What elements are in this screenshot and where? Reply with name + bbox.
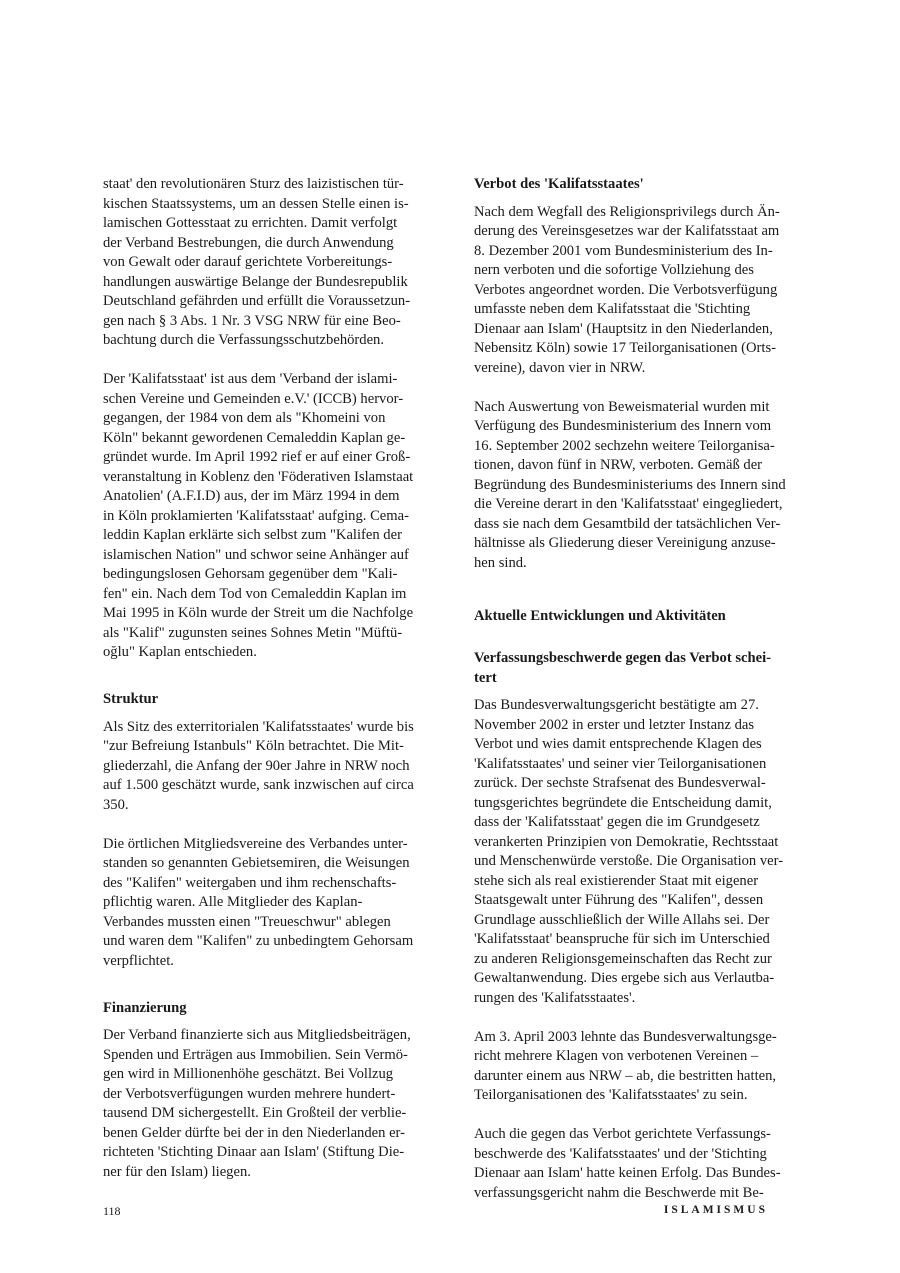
text-line: richteten 'Stichting Dinaar aan Islam' (… <box>103 1143 433 1163</box>
text-line: und waren dem "Kalifen" zu unbedingtem G… <box>103 932 433 952</box>
paragraph-staat-intro: staat' den revolutionären Sturz des laiz… <box>103 175 433 351</box>
text-line: hen sind. <box>474 554 804 574</box>
text-line: gegangen, der 1984 von dem als "Khomeini… <box>103 409 433 429</box>
text-line: Nach dem Wegfall des Religionsprivilegs … <box>474 203 804 223</box>
text-line: die Vereine derart in den 'Kalifatsstaat… <box>474 495 804 515</box>
paragraph-finanzierung: Der Verband finanzierte sich aus Mitglie… <box>103 1026 433 1182</box>
paragraph-beweismaterial: Nach Auswertung von Beweismaterial wurde… <box>474 398 804 574</box>
text-line: darunter einem aus NRW – ab, die bestrit… <box>474 1067 804 1087</box>
text-line: November 2002 in erster und letzter Inst… <box>474 716 804 736</box>
text-line: Dienaar aan Islam' (Hauptsitz in den Nie… <box>474 320 804 340</box>
paragraph-verbot: Nach dem Wegfall des Religionsprivilegs … <box>474 203 804 379</box>
text-line: stehe sich als real existierender Staat … <box>474 872 804 892</box>
text-line: bedingungslosen Gehorsam gegenüber dem "… <box>103 565 433 585</box>
text-line: zurück. Der sechste Strafsenat des Bunde… <box>474 774 804 794</box>
text-line: oğlu" Kaplan entschieden. <box>103 643 433 663</box>
text-line: gen wird in Millionenhöhe geschätzt. Bei… <box>103 1065 433 1085</box>
text-line: hältnisse als Gliederung dieser Vereinig… <box>474 534 804 554</box>
text-line: als "Kalif" zugunsten seines Sohnes Meti… <box>103 624 433 644</box>
text-line: Spenden und Erträgen aus Immobilien. Sei… <box>103 1046 433 1066</box>
text-line: leddin Kaplan erklärte sich selbst zum "… <box>103 526 433 546</box>
text-line: Nebensitz Köln) sowie 17 Teilorganisatio… <box>474 339 804 359</box>
paragraph-verfassungsbeschwerde: Auch die gegen das Verbot gerichtete Ver… <box>474 1125 804 1203</box>
text-line: Köln" bekannt gewordenen Cemaleddin Kapl… <box>103 429 433 449</box>
text-line: verankerten Prinzipien von Demokratie, R… <box>474 833 804 853</box>
paragraph-history: Der 'Kalifatsstaat' ist aus dem 'Verband… <box>103 370 433 663</box>
text-line: Verfügung des Bundesministerium des Inne… <box>474 417 804 437</box>
text-line: gründet wurde. Im April 1992 rief er auf… <box>103 448 433 468</box>
text-line: Mai 1995 in Köln wurde der Streit um die… <box>103 604 433 624</box>
text-line: zu anderen Religionsgemeinschaften das R… <box>474 950 804 970</box>
text-line: nern verboten und die sofortige Vollzieh… <box>474 261 804 281</box>
text-line: Der Verband finanzierte sich aus Mitglie… <box>103 1026 433 1046</box>
text-line: fen" ein. Nach dem Tod von Cemaleddin Ka… <box>103 585 433 605</box>
text-line: beschwerde des 'Kalifatsstaates' und der… <box>474 1145 804 1165</box>
text-line: Verbandes mussten einen "Treueschwur" ab… <box>103 913 433 933</box>
text-line: benen Gelder dürfte bei der in den Niede… <box>103 1124 433 1144</box>
text-line: Dienaar aan Islam' hatte keinen Erfolg. … <box>474 1164 804 1184</box>
text-line: pflichtig waren. Alle Mitglieder des Kap… <box>103 893 433 913</box>
text-line: kischen Staatssystems, um an dessen Stel… <box>103 195 433 215</box>
text-line: Nach Auswertung von Beweismaterial wurde… <box>474 398 804 418</box>
text-line: 'Kalifatsstaates' und seiner vier Teilor… <box>474 755 804 775</box>
text-line: tionen, davon fünf in NRW, verboten. Gem… <box>474 456 804 476</box>
paragraph-bundesverwaltungsgericht: Das Bundesverwaltungsgericht bestätigte … <box>474 696 804 1008</box>
text-line: "zur Befreiung Istanbuls" Köln betrachte… <box>103 737 433 757</box>
text-line: Verbot und wies damit entsprechende Klag… <box>474 735 804 755</box>
text-line: umfasste neben dem Kalifatsstaat die 'St… <box>474 300 804 320</box>
text-line: schen Vereine und Gemeinden e.V.' (ICCB)… <box>103 390 433 410</box>
heading-line: Verfassungsbeschwerde gegen das Verbot s… <box>474 649 804 669</box>
text-line: verpflichtet. <box>103 952 433 972</box>
text-line: tungsgerichtes begründete die Entscheidu… <box>474 794 804 814</box>
text-line: Die örtlichen Mitgliedsvereine des Verba… <box>103 835 433 855</box>
text-line: gliederzahl, die Anfang der 90er Jahre i… <box>103 757 433 777</box>
heading-aktuelle-entwicklungen: Aktuelle Entwicklungen und Aktivitäten <box>474 607 804 627</box>
text-line: 16. September 2002 sechzehn weitere Teil… <box>474 437 804 457</box>
text-line: in Köln proklamierten 'Kalifatsstaat' au… <box>103 507 433 527</box>
text-line: Am 3. April 2003 lehnte das Bundesverwal… <box>474 1028 804 1048</box>
text-line: Teilorganisationen des 'Kalifatsstaates'… <box>474 1086 804 1106</box>
text-line: Staatsgewalt unter Führung des "Kalifen"… <box>474 891 804 911</box>
text-line: der Verbotsverfügungen wurden mehrere hu… <box>103 1085 433 1105</box>
paragraph-struktur: Als Sitz des exterritorialen 'Kalifatsst… <box>103 718 433 816</box>
text-line: Auch die gegen das Verbot gerichtete Ver… <box>474 1125 804 1145</box>
text-line: Grundlage ausschließlich der Wille Allah… <box>474 911 804 931</box>
text-line: lamischen Gottesstaat zu errichten. Dami… <box>103 214 433 234</box>
text-line: 8. Dezember 2001 vom Bundesministerium d… <box>474 242 804 262</box>
text-line: Begründung des Bundesministeriums des In… <box>474 476 804 496</box>
heading-verfassungsbeschwerde: Verfassungsbeschwerde gegen das Verbot s… <box>474 649 804 688</box>
right-column: Verbot des 'Kalifatsstaates' Nach dem We… <box>474 175 804 1223</box>
text-line: der Verband Bestrebungen, die durch Anwe… <box>103 234 433 254</box>
text-line: von Gewalt oder darauf gerichtete Vorber… <box>103 253 433 273</box>
left-column: staat' den revolutionären Sturz des laiz… <box>103 175 433 1202</box>
text-line: gen nach § 3 Abs. 1 Nr. 3 VSG NRW für ei… <box>103 312 433 332</box>
text-line: Der 'Kalifatsstaat' ist aus dem 'Verband… <box>103 370 433 390</box>
text-line: vereine), davon vier in NRW. <box>474 359 804 379</box>
page-number: 118 <box>103 1204 121 1219</box>
text-line: veranstaltung in Koblenz den 'Föderative… <box>103 468 433 488</box>
paragraph-april-2003: Am 3. April 2003 lehnte das Bundesverwal… <box>474 1028 804 1106</box>
spacer <box>474 593 804 607</box>
heading-struktur: Struktur <box>103 690 433 710</box>
text-line: handlungen auswärtige Belange der Bundes… <box>103 273 433 293</box>
text-line: tausend DM sichergestellt. Ein Großteil … <box>103 1104 433 1124</box>
text-line: verfassungsgericht nahm die Beschwerde m… <box>474 1184 804 1204</box>
text-line: derung des Vereinsgesetzes war der Kalif… <box>474 222 804 242</box>
text-line: standen so genannten Gebietsemiren, die … <box>103 854 433 874</box>
text-line: staat' den revolutionären Sturz des laiz… <box>103 175 433 195</box>
heading-finanzierung: Finanzierung <box>103 999 433 1019</box>
text-line: des "Kalifen" weitergaben und ihm rechen… <box>103 874 433 894</box>
text-line: Deutschland gefährden und erfüllt die Vo… <box>103 292 433 312</box>
text-line: islamischen Nation" und schwor seine Anh… <box>103 546 433 566</box>
text-line: richt mehrere Klagen von verbotenen Vere… <box>474 1047 804 1067</box>
running-footer-title: ISLAMISMUS <box>664 1204 768 1216</box>
spacer <box>103 991 433 999</box>
text-line: und Menschenwürde verstoße. Die Organisa… <box>474 852 804 872</box>
spacer <box>103 682 433 690</box>
heading-verbot: Verbot des 'Kalifatsstaates' <box>474 175 804 195</box>
text-line: rungen des 'Kalifatsstaates'. <box>474 989 804 1009</box>
text-line: Als Sitz des exterritorialen 'Kalifatsst… <box>103 718 433 738</box>
paragraph-mitgliedsvereine: Die örtlichen Mitgliedsvereine des Verba… <box>103 835 433 972</box>
heading-line: tert <box>474 669 804 689</box>
text-line: bachtung durch die Verfassungsschutzbehö… <box>103 331 433 351</box>
text-line: dass sie nach dem Gesamtbild der tatsäch… <box>474 515 804 535</box>
text-line: Anatolien' (A.F.I.D) aus, der im März 19… <box>103 487 433 507</box>
text-line: 'Kalifatsstaat' beanspruche für sich im … <box>474 930 804 950</box>
text-line: Verbotes angeordnet worden. Die Verbotsv… <box>474 281 804 301</box>
text-line: Gewaltanwendung. Dies ergebe sich aus Ve… <box>474 969 804 989</box>
text-line: ner für den Islam) liegen. <box>103 1163 433 1183</box>
text-line: dass der 'Kalifatsstaat' gegen die im Gr… <box>474 813 804 833</box>
text-line: Das Bundesverwaltungsgericht bestätigte … <box>474 696 804 716</box>
text-line: 350. <box>103 796 433 816</box>
text-line: auf 1.500 geschätzt wurde, sank inzwisch… <box>103 776 433 796</box>
